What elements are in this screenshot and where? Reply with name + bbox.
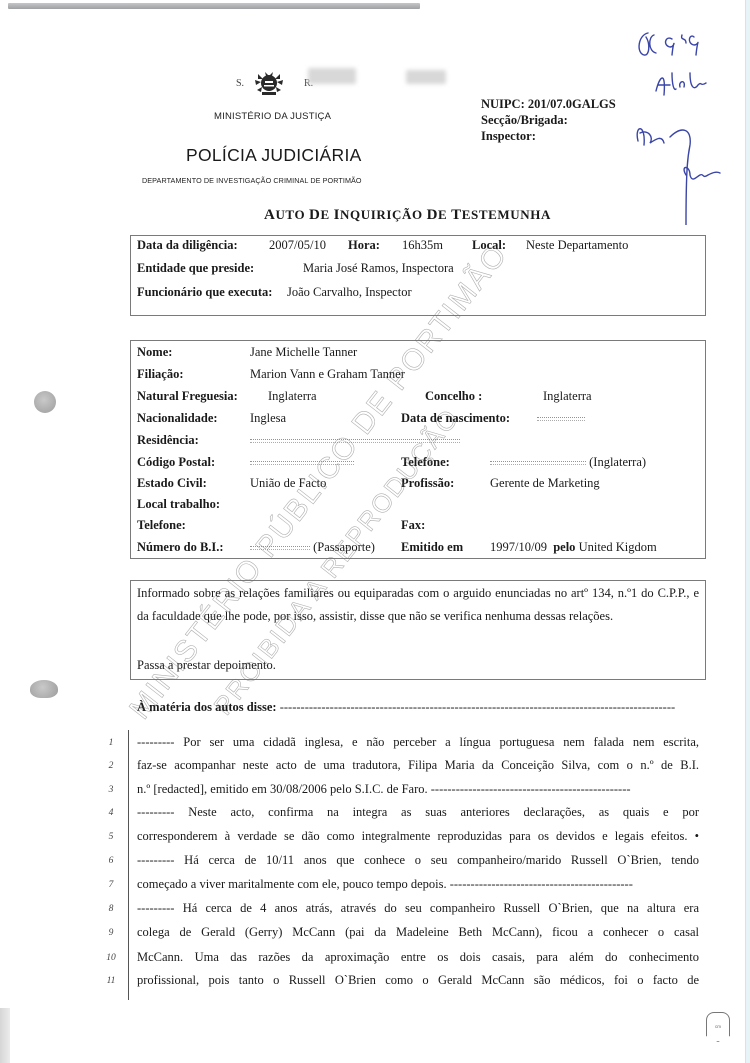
codigo-postal-label: Código Postal: bbox=[137, 455, 215, 470]
testimony-line: colega de Gerald (Gerry) McCann (pai da … bbox=[137, 925, 699, 940]
line-number: 1 bbox=[104, 738, 118, 748]
concelho-value: Inglaterra bbox=[543, 389, 592, 404]
telefone2-label: Telefone: bbox=[137, 518, 186, 533]
residencia-label: Residência: bbox=[137, 433, 199, 448]
filiacao-value: Marion Vann e Graham Tanner bbox=[250, 367, 405, 382]
scan-edge-artifact bbox=[0, 1008, 10, 1063]
pelo-label: pelo bbox=[553, 540, 575, 554]
handwritten-signatures bbox=[620, 25, 730, 225]
line-number: 5 bbox=[104, 832, 118, 842]
emitido-value: 1997/10/09 pelo United Kigdom bbox=[490, 540, 657, 555]
testimony-line: --------- Há cerca de 10/11 anos que con… bbox=[137, 853, 699, 868]
concelho-label: Concelho : bbox=[425, 389, 482, 404]
pelo-value: United Kigdom bbox=[579, 540, 657, 554]
line-number: 11 bbox=[104, 976, 118, 986]
blurred-stamp bbox=[406, 70, 446, 84]
local-value: Neste Departamento bbox=[526, 238, 628, 253]
codigo-postal-value-redacted bbox=[250, 455, 354, 470]
data-diligencia-value: 2007/05/10 bbox=[269, 238, 326, 253]
case-seccao: Secção/Brigada: bbox=[481, 112, 616, 128]
estado-civil-value: União de Facto bbox=[250, 476, 326, 491]
testimony-line: corresponderem à verdade se dão como int… bbox=[137, 829, 699, 844]
punch-hole bbox=[34, 391, 56, 413]
line-number: 2 bbox=[104, 761, 118, 771]
nascimento-label: Data de nascimento: bbox=[401, 411, 510, 426]
telefone-suffix: (Inglaterra) bbox=[589, 455, 646, 469]
data-diligencia-label: Data da diligência: bbox=[137, 238, 238, 253]
fax-label: Fax: bbox=[401, 518, 425, 533]
coat-of-arms-icon bbox=[252, 70, 286, 98]
information-text: Informado sobre as relações familiares o… bbox=[137, 582, 699, 627]
nome-value: Jane Michelle Tanner bbox=[250, 345, 357, 360]
testimony-line: --------- Há cerca de 4 anos atrás, atra… bbox=[137, 901, 699, 916]
line-number-rule bbox=[128, 730, 129, 1000]
testimony-line: --------- Neste acto, confirma na integr… bbox=[137, 805, 699, 820]
nacionalidade-label: Nacionalidade: bbox=[137, 411, 218, 426]
testimony-line: faz-se acompanhar neste acto de uma trad… bbox=[137, 758, 699, 773]
hora-value: 16h35m bbox=[402, 238, 443, 253]
bi-label: Número do B.I.: bbox=[137, 540, 224, 555]
filiacao-label: Filiação: bbox=[137, 367, 184, 382]
nome-label: Nome: bbox=[137, 345, 172, 360]
passa-depoimento: Passa a prestar depoimento. bbox=[137, 654, 699, 677]
case-nuipc: NUIPC: 201/07.0GALGS bbox=[481, 96, 616, 112]
line-number: 7 bbox=[104, 880, 118, 890]
bi-value: (Passaporte) bbox=[250, 540, 375, 555]
nacionalidade-value: Inglesa bbox=[250, 411, 286, 426]
materia-label: À matéria dos autos disse: bbox=[137, 700, 277, 714]
line-number: 3 bbox=[104, 785, 118, 795]
emitido-label: Emitido em bbox=[401, 540, 463, 555]
line-number: 10 bbox=[104, 953, 118, 963]
nascimento-value-redacted bbox=[537, 411, 585, 426]
telefone-value: (Inglaterra) bbox=[490, 455, 646, 470]
line-number: 6 bbox=[104, 856, 118, 866]
scan-edge-artifact bbox=[8, 3, 420, 9]
punch-hole bbox=[30, 680, 58, 698]
line-number: 8 bbox=[104, 904, 118, 914]
blurred-stamp bbox=[308, 68, 356, 84]
crest-letter-s: S. bbox=[236, 78, 244, 89]
funcionario-value: João Carvalho, Inspector bbox=[287, 285, 412, 300]
department-name: DEPARTAMENTO DE INVESTIGAÇÃO CRIMINAL DE… bbox=[142, 176, 362, 185]
agency-title: POLÍCIA JUDICIÁRIA bbox=[186, 145, 362, 166]
profissao-label: Profissão: bbox=[401, 476, 454, 491]
stamp-text: cm bbox=[707, 1024, 729, 1029]
testimony-line: McCann. Uma das razões da aproximação en… bbox=[137, 950, 699, 965]
line-number: 9 bbox=[104, 928, 118, 938]
local-label: Local: bbox=[472, 238, 506, 253]
testimony-line: n.º [redacted], emitido em 30/08/2006 pe… bbox=[137, 782, 699, 797]
testimony-line: começado a viver maritalmente com ele, p… bbox=[137, 877, 699, 892]
entidade-label: Entidade que preside: bbox=[137, 261, 254, 276]
case-block: NUIPC: 201/07.0GALGS Secção/Brigada: Ins… bbox=[481, 96, 616, 144]
case-inspector: Inspector: bbox=[481, 128, 616, 144]
entidade-value: Maria José Ramos, Inspectora bbox=[303, 261, 454, 276]
scan-edge-artifact bbox=[745, 0, 750, 1063]
local-trabalho-label: Local trabalho: bbox=[137, 497, 220, 512]
page-stamp-icon: cm bbox=[706, 1012, 730, 1042]
freguesia-value: Inglaterra bbox=[268, 389, 317, 404]
hora-label: Hora: bbox=[348, 238, 380, 253]
line-number: 4 bbox=[104, 808, 118, 818]
materia-dashes: ----------------------------------------… bbox=[280, 700, 675, 714]
materia-heading: À matéria dos autos disse: -------------… bbox=[137, 700, 675, 715]
estado-civil-label: Estado Civil: bbox=[137, 476, 207, 491]
funcionario-label: Funcionário que executa: bbox=[137, 285, 272, 300]
emitido-date: 1997/10/09 bbox=[490, 540, 547, 554]
document-title: AUTO DE INQUIRIÇÃO DE TESTEMUNHA bbox=[264, 207, 551, 224]
residencia-value-redacted bbox=[250, 433, 460, 448]
telefone-label: Telefone: bbox=[401, 455, 450, 470]
freguesia-label: Natural Freguesia: bbox=[137, 389, 238, 404]
testimony-line: profissional, pois tanto o Russell O`Bri… bbox=[137, 973, 699, 988]
ministry-name: MINISTÉRIO DA JUSTIÇA bbox=[214, 111, 331, 122]
bi-suffix: (Passaporte) bbox=[313, 540, 375, 554]
testimony-line: --------- Por ser uma cidadã inglesa, e … bbox=[137, 735, 699, 750]
profissao-value: Gerente de Marketing bbox=[490, 476, 600, 491]
